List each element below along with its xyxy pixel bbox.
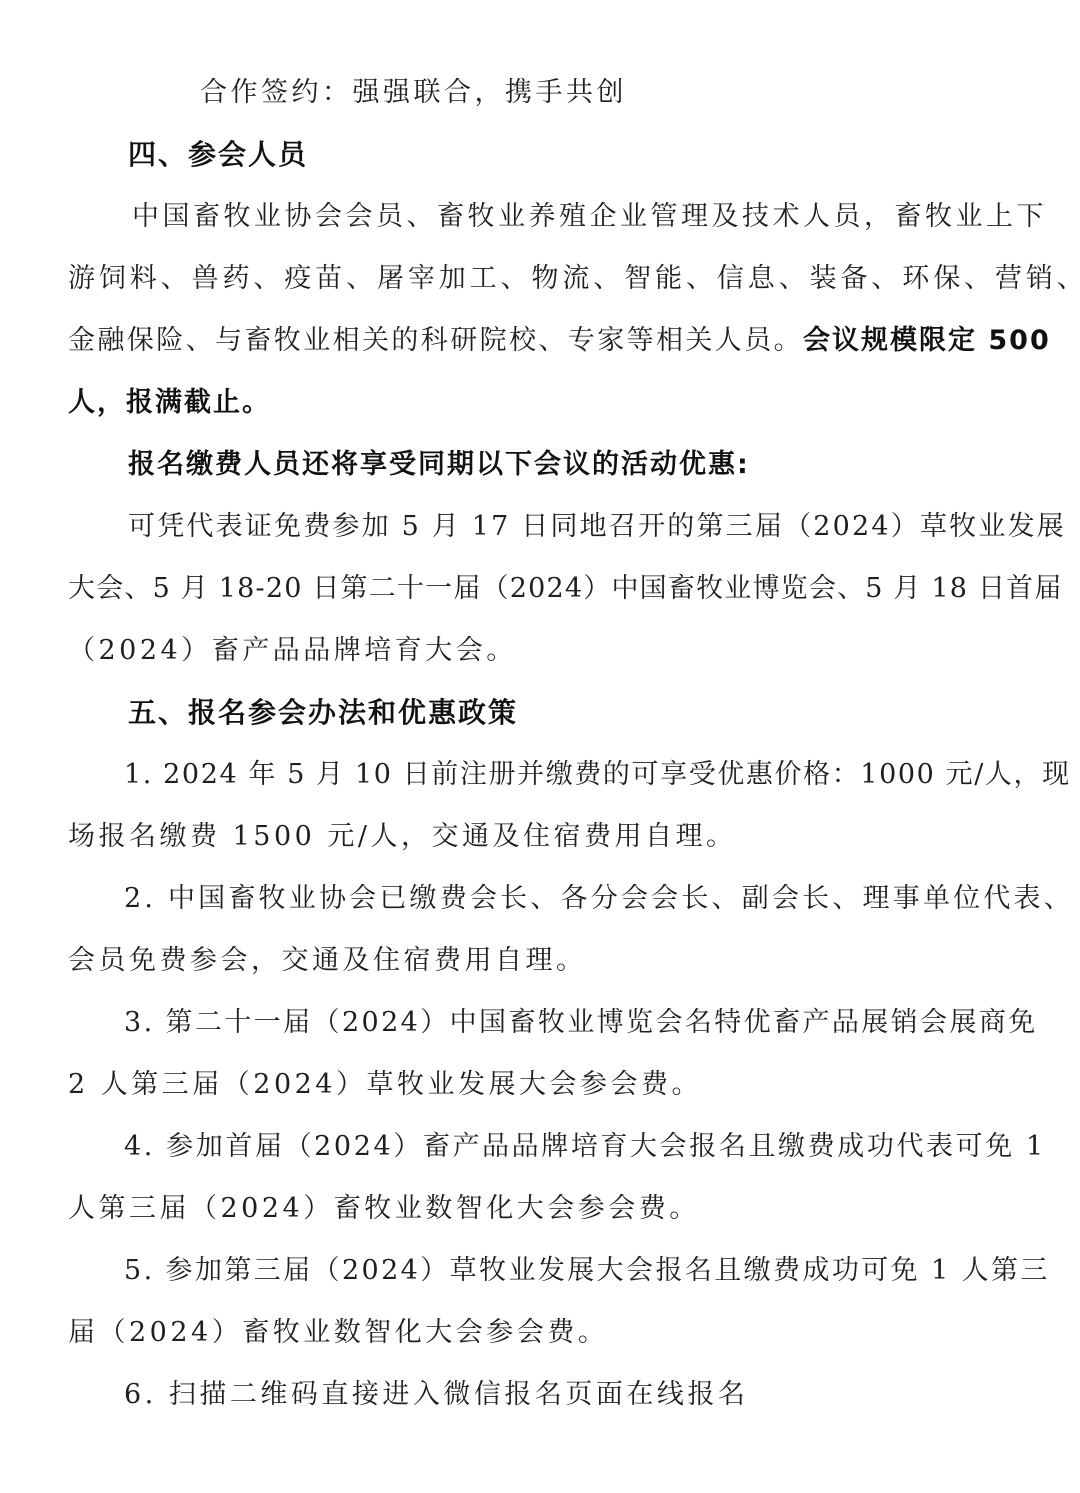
policy-item-4-line: 4. 参加首届（2024）畜产品品牌培育大会报名且缴费成功代表可免 1 [124, 1130, 1046, 1164]
section-heading-participants: 四、参会人员 [128, 138, 308, 172]
benefits-line: 大会、5 月 18-20 日第二十一届（2024）中国畜牧业博览会、5 月 18… [68, 572, 1063, 606]
participants-paragraph-line: 游饲料、兽药、疫苗、屠宰加工、物流、智能、信息、装备、环保、营销、 [68, 262, 1080, 296]
participants-paragraph-text: 金融保险、与畜牧业相关的科研院校、专家等相关人员。 [68, 325, 803, 356]
policy-item-2-line: 2. 中国畜牧业协会已缴费会长、各分会会长、副会长、理事单位代表、 [124, 882, 1074, 916]
policy-item-2-line: 会员免费参会，交通及住宿费用自理。 [68, 944, 587, 978]
benefits-heading: 报名缴费人员还将享受同期以下会议的活动优惠: [128, 448, 750, 482]
document-page: 合作签约：强强联合，携手共创 四、参会人员 中国畜牧业协会会员、畜牧业养殖企业管… [0, 0, 1080, 1493]
attendance-limit-text: 会议规模限定 500 [803, 325, 1051, 356]
benefits-line: （2024）畜产品品牌培育大会。 [68, 634, 517, 668]
policy-item-3-line: 3. 第二十一届（2024）中国畜牧业博览会名特优畜产品展销会展商免 [124, 1006, 1038, 1040]
policy-item-4-line: 人第三届（2024）畜牧业数智化大会参会费。 [68, 1192, 700, 1226]
policy-item-3-line: 2 人第三届（2024）草牧业发展大会参会费。 [68, 1068, 702, 1102]
benefits-line: 可凭代表证免费参加 5 月 17 日同地召开的第三届（2024）草牧业发展 [128, 510, 1066, 544]
participants-paragraph-line: 金融保险、与畜牧业相关的科研院校、专家等相关人员。会议规模限定 500 [68, 324, 1051, 358]
attendance-limit-continuation: 人，报满截止。 [68, 386, 271, 420]
policy-item-5-line: 届（2024）畜牧业数智化大会参会费。 [68, 1316, 608, 1350]
participants-paragraph-line: 中国畜牧业协会会员、畜牧业养殖企业管理及技术人员，畜牧业上下 [132, 200, 1047, 234]
section-heading-registration: 五、报名参会办法和优惠政策 [128, 696, 518, 730]
policy-item-5-line: 5. 参加第三届（2024）草牧业发展大会报名且缴费成功可免 1 人第三 [124, 1254, 1050, 1288]
policy-item-1-line: 1. 2024 年 5 月 10 日前注册并缴费的可享受优惠价格：1000 元/… [124, 758, 1071, 792]
policy-item-1-line: 场报名缴费 1500 元/人，交通及住宿费用自理。 [68, 820, 736, 854]
policy-item-6-line: 6. 扫描二维码直接进入微信报名页面在线报名 [124, 1378, 748, 1412]
cooperation-line: 合作签约：强强联合，携手共创 [200, 76, 627, 110]
